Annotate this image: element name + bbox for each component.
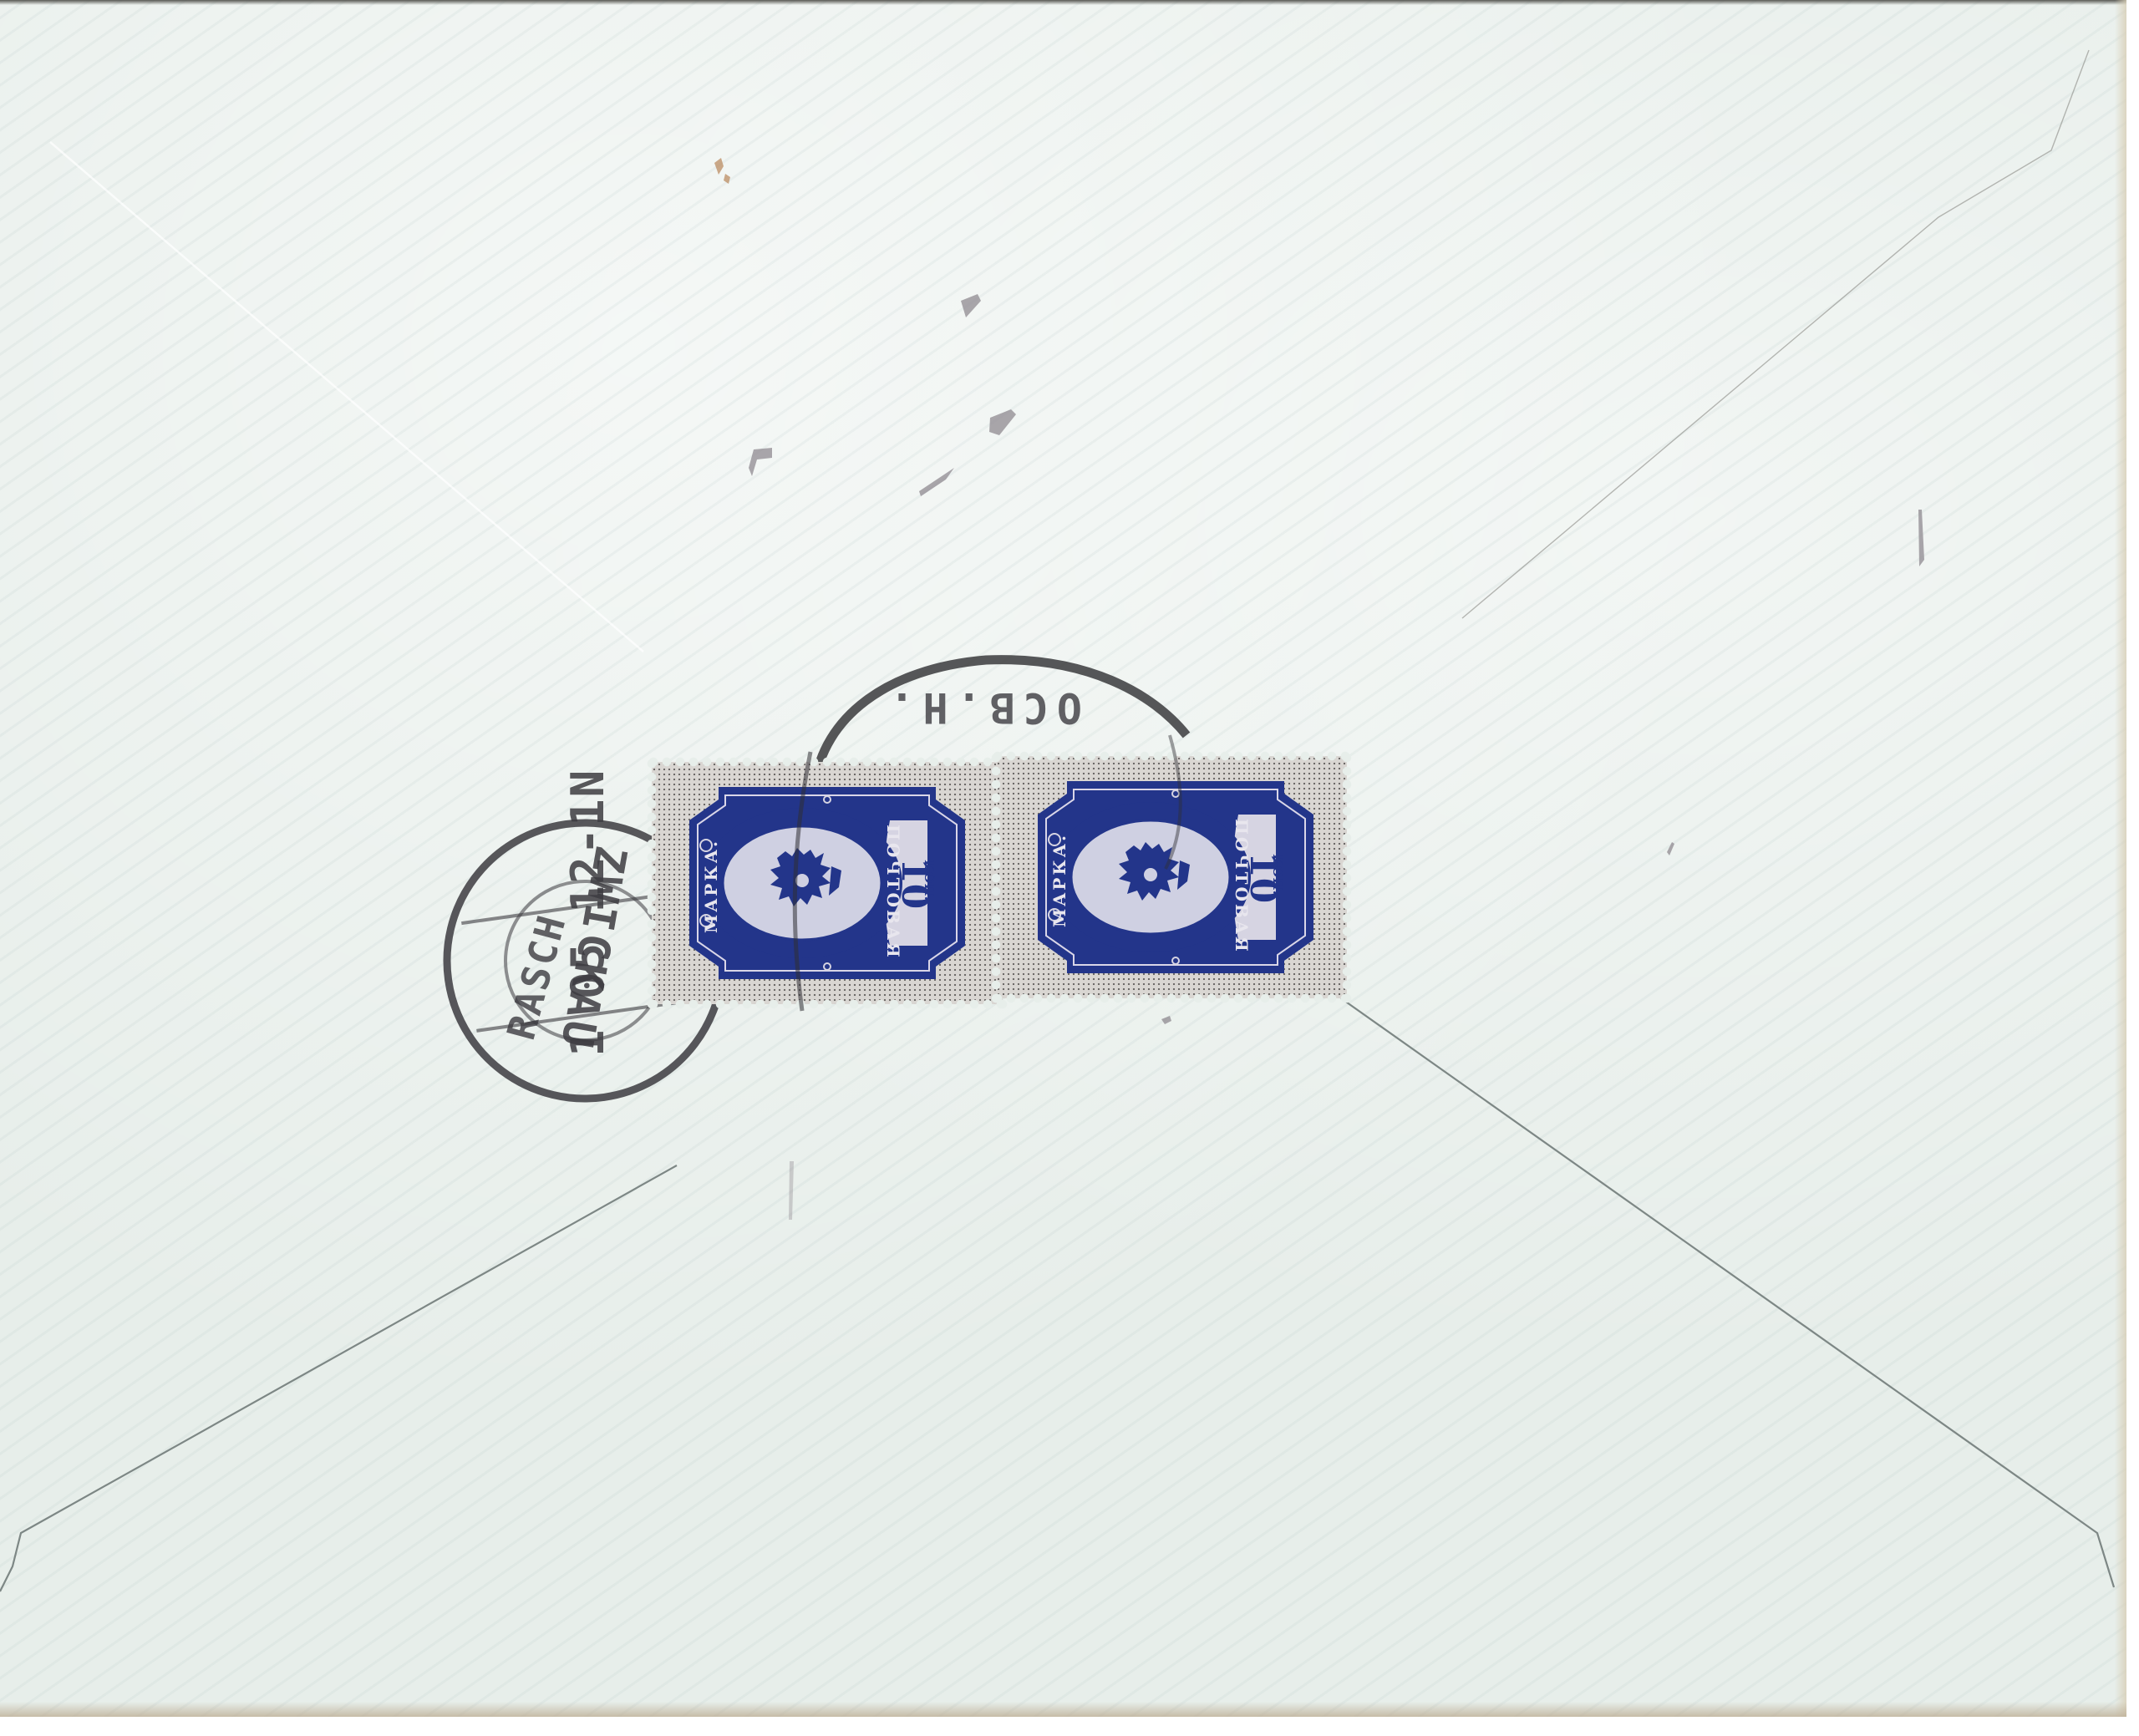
envelope-back: ZWICKAU RASCH 1 05 12-1N ОСВ.Н. [0,0,2126,1717]
cancellation-overlay [0,0,2126,1717]
